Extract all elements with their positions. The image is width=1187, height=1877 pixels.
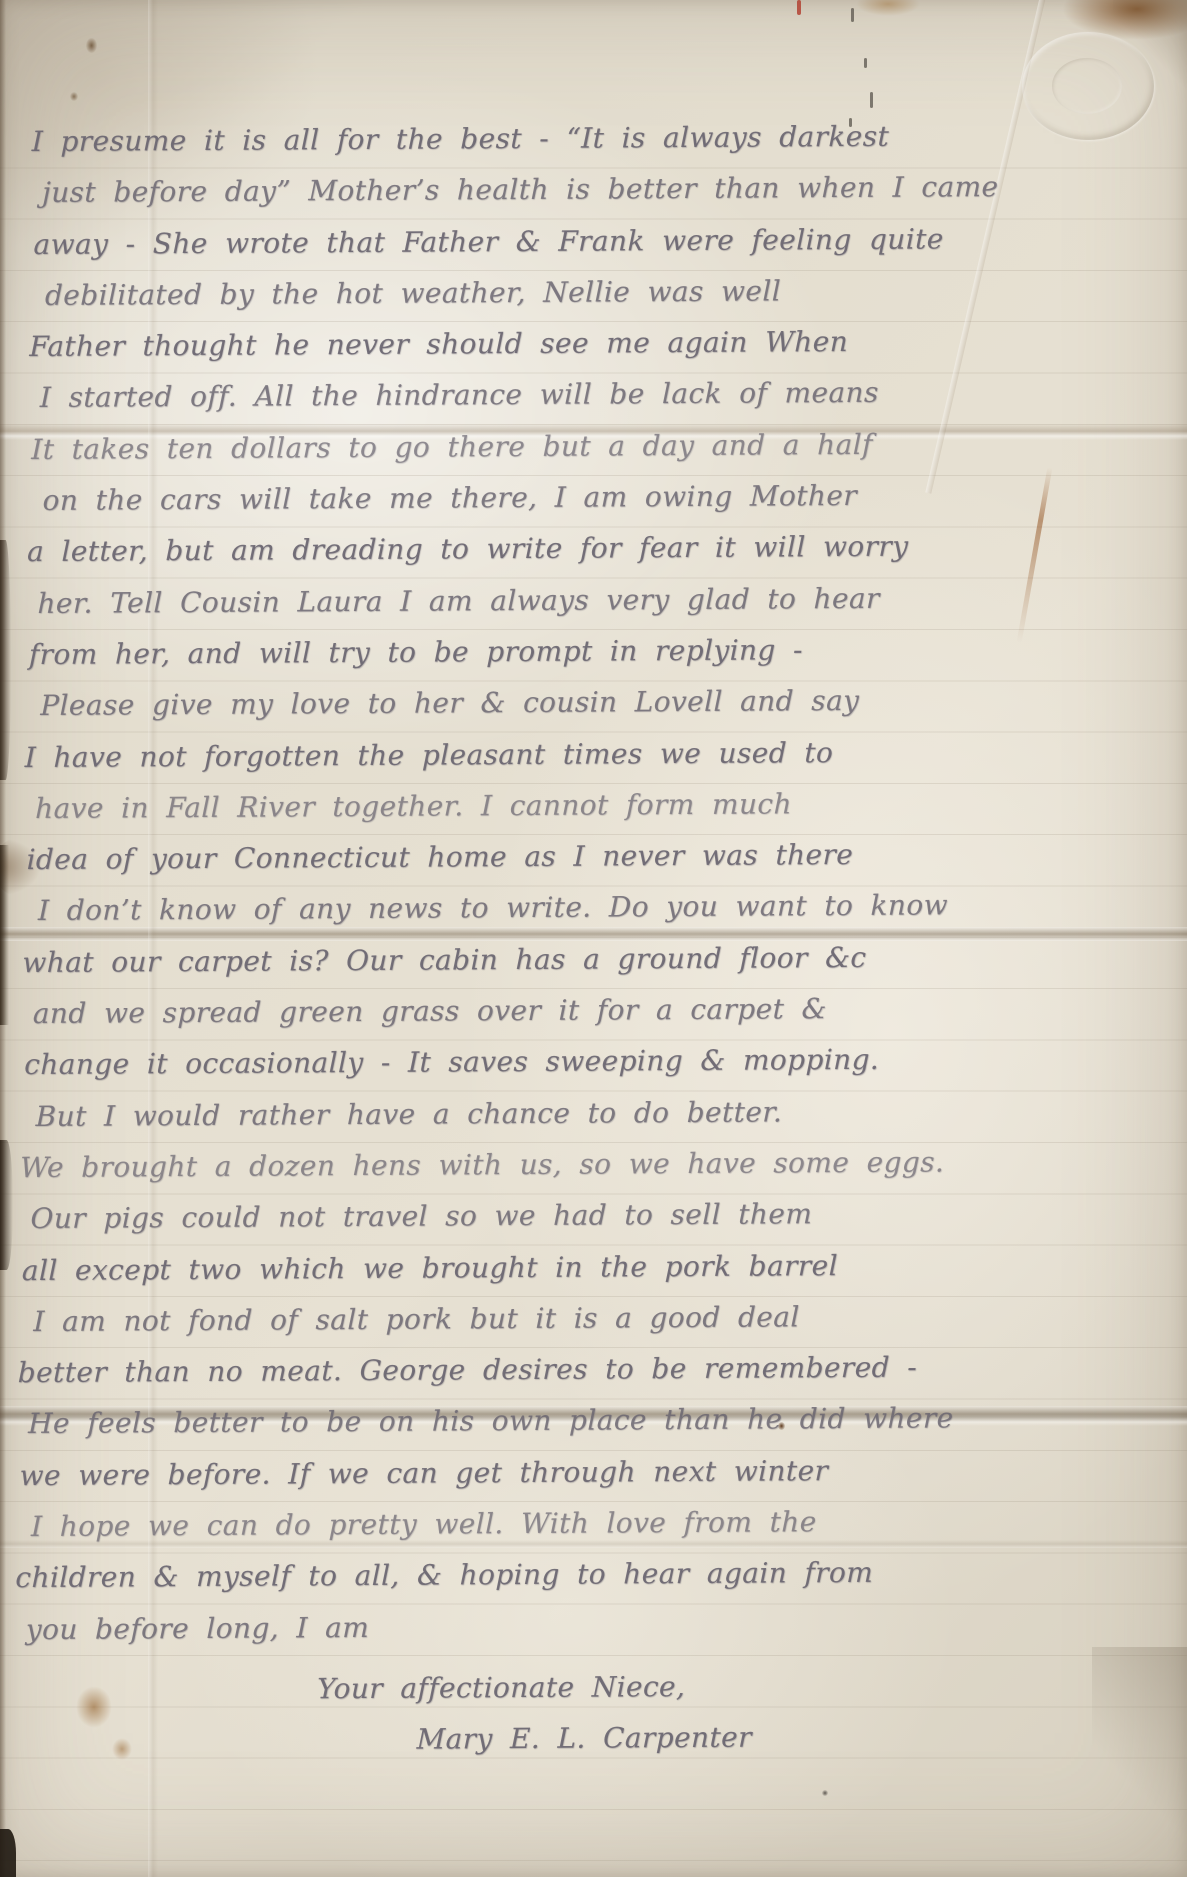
letter-line: I started off. All the hindrance will be… [40, 366, 1153, 424]
corner-fold [1113, 0, 1187, 92]
letter-body: I presume it is all for the best - “It i… [11, 109, 1155, 1767]
letter-line: better than no meat. George desires to b… [17, 1340, 1141, 1398]
ink-mark [864, 58, 867, 68]
ink-mark [851, 8, 854, 22]
letter-line: Please give my love to her & cousin Love… [40, 673, 1149, 731]
letter-line: on the cars will take me there, I am owi… [42, 468, 1151, 526]
embossed-seal-inner [1052, 58, 1122, 114]
letter-line: I don’t know of any news to write. Do yo… [38, 879, 1147, 937]
letter-line: children & myself to all, & hoping to he… [15, 1546, 1139, 1604]
letter-line: idea of your Connecticut home as I never… [26, 827, 1147, 885]
letter-line: I have not forgotten the pleasant times … [24, 725, 1148, 783]
letter-line: He feels better to be on his own place t… [28, 1392, 1141, 1450]
spot-stain [70, 92, 78, 101]
letter-line: just before day” Mother’s health is bett… [42, 160, 1155, 218]
letter-line: I presume it is all for the best - “It i… [31, 109, 1155, 167]
letter-line: We brought a dozen hens with us, so we h… [20, 1135, 1144, 1193]
letter-line: we were before. If we can get through ne… [19, 1443, 1140, 1501]
letter-line: what our carpet is? Our cabin has a grou… [22, 930, 1146, 988]
letter-line: a letter, but am dreading to write for f… [27, 520, 1151, 578]
letter-closing: Your affectionate Niece, [317, 1658, 1138, 1714]
letter-line: I am not fond of salt pork but it is a g… [33, 1289, 1142, 1347]
red-ink-mark [797, 0, 801, 15]
edge-stain [856, 0, 920, 16]
letter-line: away - She wrote that Father & Frank wer… [33, 212, 1154, 270]
letter-line: Our pigs could not travel so we had to s… [30, 1186, 1143, 1244]
letter-line: change it occasionally - It saves sweepi… [24, 1033, 1145, 1091]
ink-mark [870, 92, 873, 108]
letter-signature: Mary E. L. Carpenter [416, 1709, 1137, 1764]
letter-line: her. Tell Cousin Laura I am always very … [37, 571, 1150, 629]
spot-stain [86, 38, 97, 53]
letter-line: from her, and will try to be prompt in r… [29, 622, 1150, 680]
letter-line: all except two which we brought in the p… [22, 1238, 1143, 1296]
letter-line: Father thought he never should see me ag… [29, 314, 1153, 372]
letter-line: debilitated by the hot weather, Nellie w… [45, 263, 1154, 321]
letter-line: you before long, I am [26, 1597, 1139, 1655]
letter-line: But I would rather have a chance to do b… [35, 1084, 1144, 1142]
letter-line: and we spread green grass over it for a … [33, 981, 1146, 1039]
letter-page: I presume it is all for the best - “It i… [0, 0, 1187, 1877]
letter-line: It takes ten dollars to go there but a d… [31, 417, 1152, 475]
letter-line: I hope we can do pretty well. With love … [31, 1494, 1140, 1552]
letter-line: have in Fall River together. I cannot fo… [35, 776, 1148, 834]
